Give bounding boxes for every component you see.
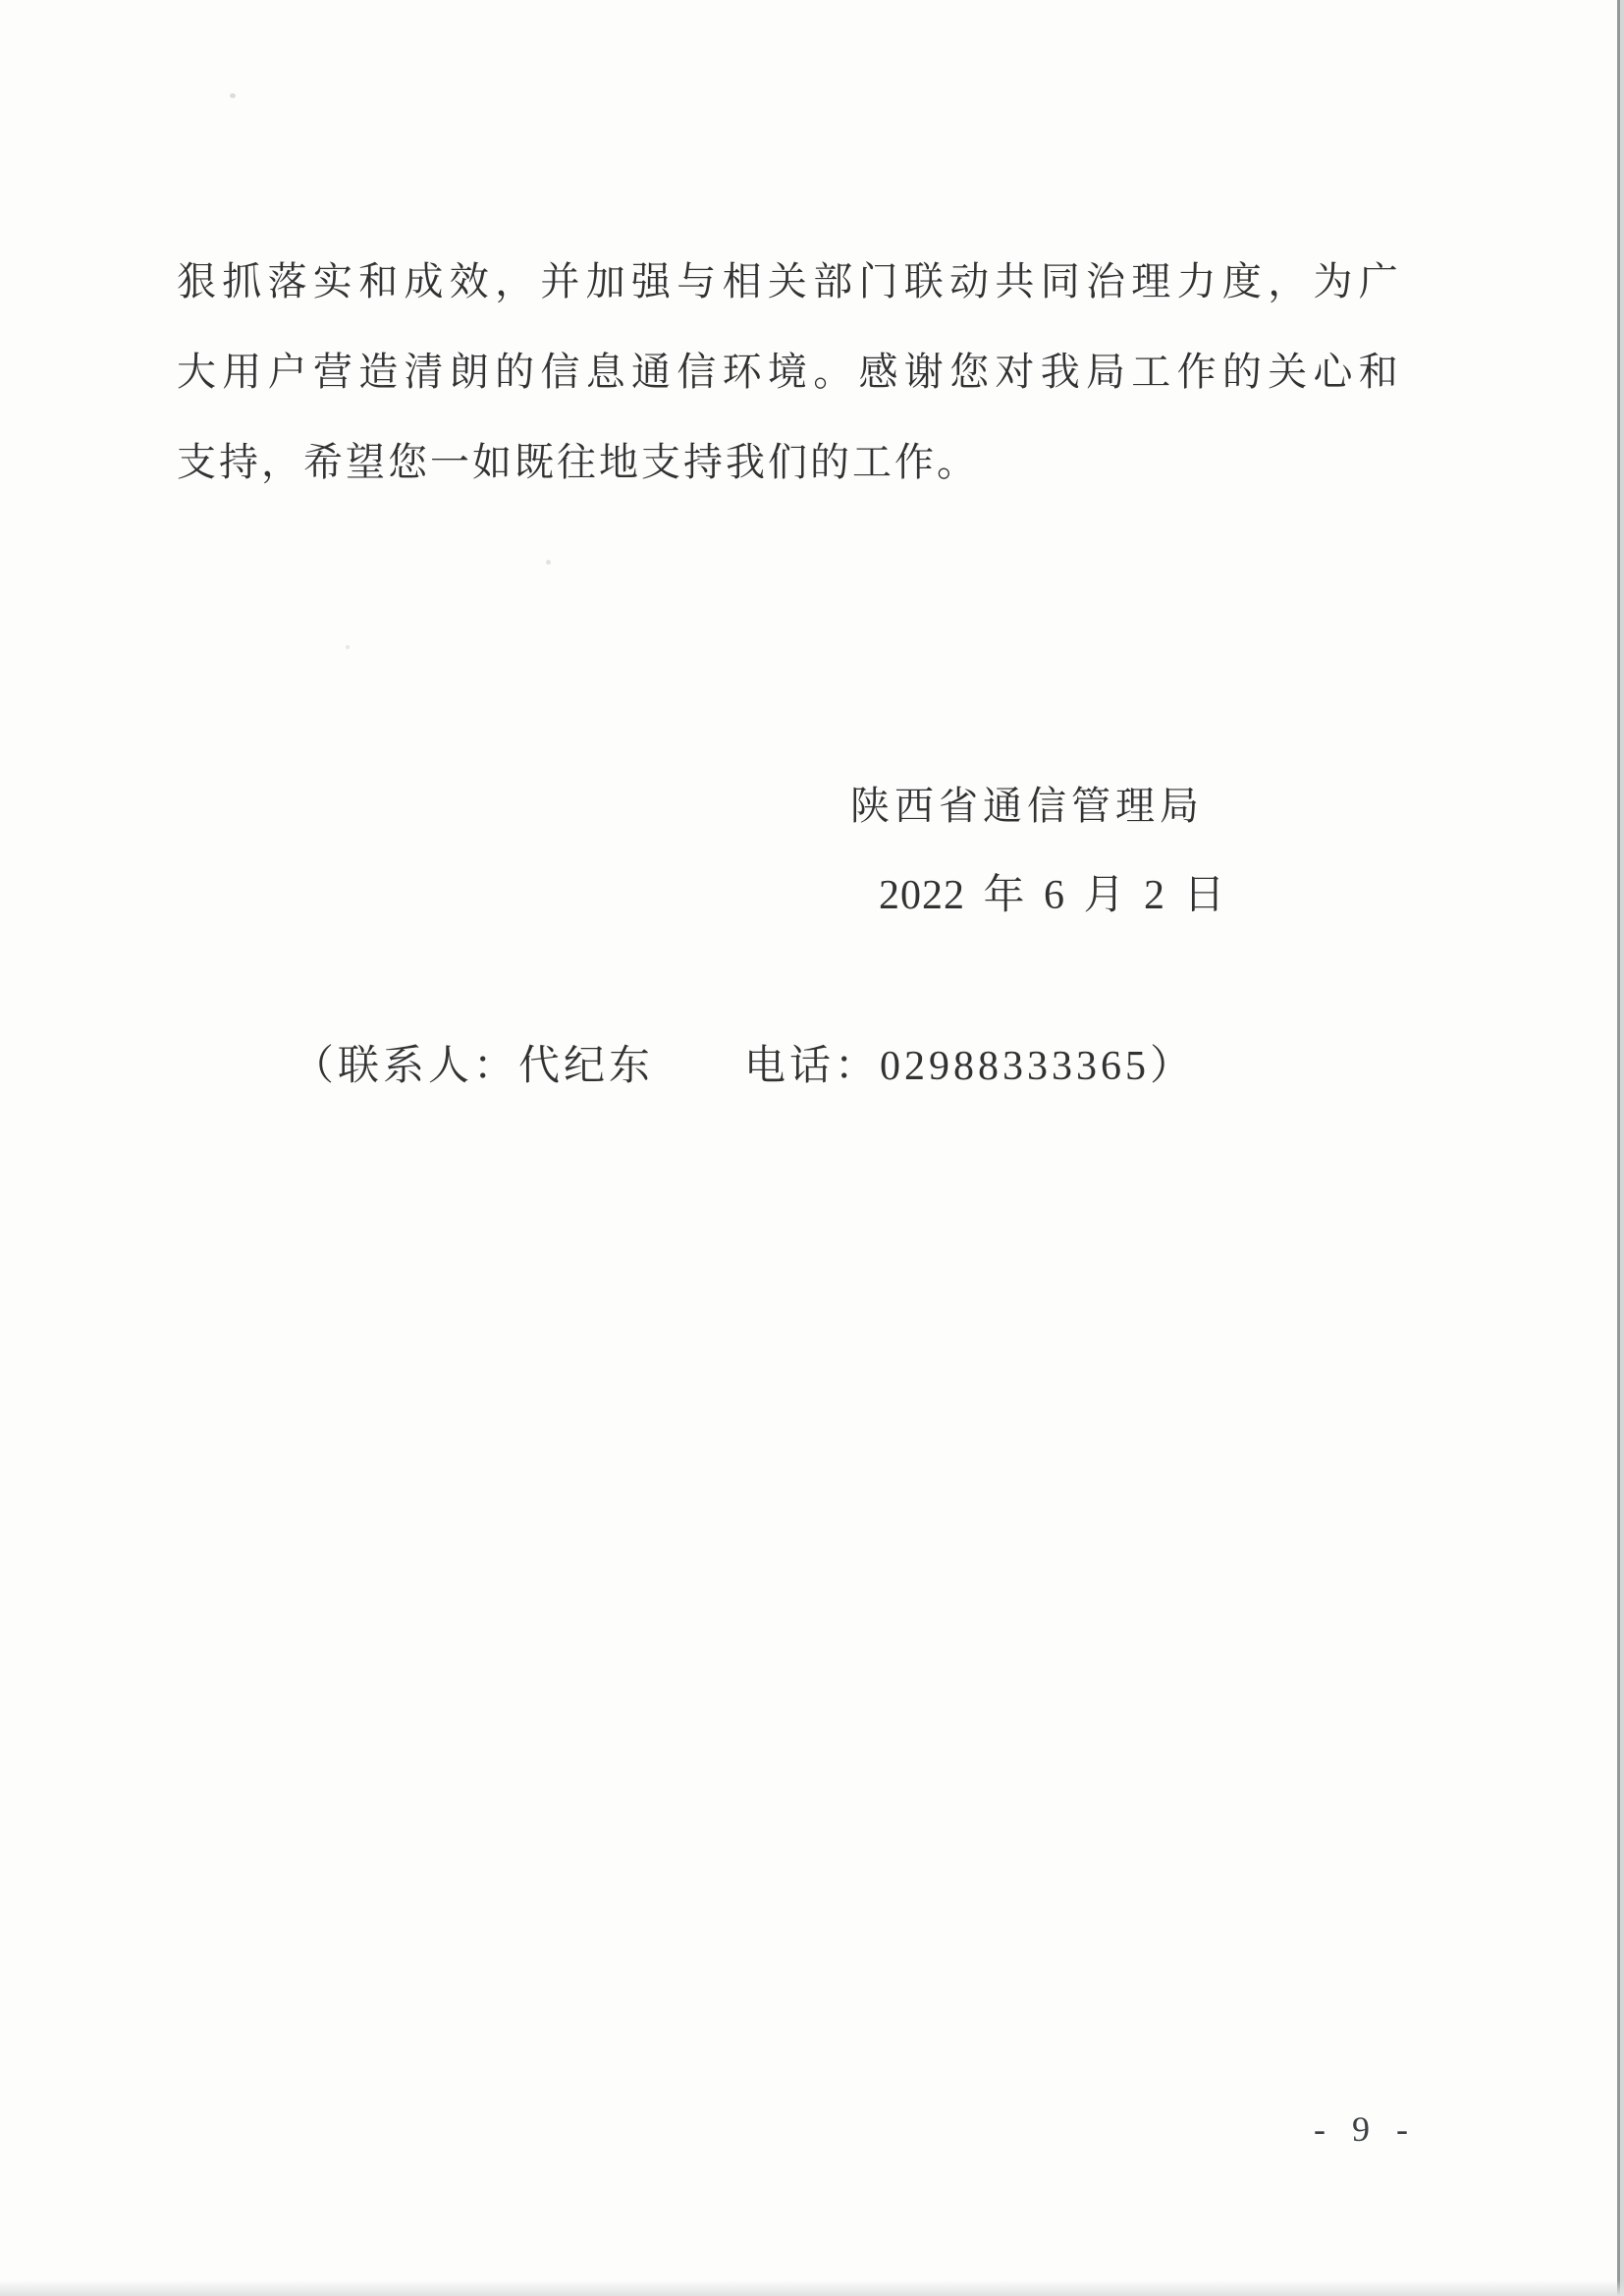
contact-line: （联系人：代纪东 电话：02988333365） (293, 1043, 1195, 1090)
body-line-3: 支持，希望您一如既往地支持我们的工作。 (177, 417, 1453, 508)
scan-edge-right-light-shadow (1620, 0, 1624, 2296)
scan-speck (546, 560, 551, 565)
body-paragraph: 狠抓落实和成效，并加强与相关部门联动共同治理力度，为广 大用户营造清朗的信息通信… (177, 237, 1453, 508)
signature-organization: 陕西省通信管理局 (850, 785, 1204, 828)
scan-edge-bottom-shadow (0, 2280, 1624, 2296)
scan-speck (346, 645, 350, 649)
document-page: 狠抓落实和成效，并加强与相关部门联动共同治理力度，为广 大用户营造清朗的信息通信… (0, 0, 1624, 2296)
page-number: - 9 - (1314, 2109, 1410, 2149)
scan-speck (230, 93, 236, 98)
body-line-2: 大用户营造清朗的信息通信环境。感谢您对我局工作的关心和 (177, 327, 1453, 417)
signature-date: 2022 年 6 月 2 日 (879, 873, 1226, 918)
body-line-1: 狠抓落实和成效，并加强与相关部门联动共同治理力度，为广 (177, 237, 1453, 327)
